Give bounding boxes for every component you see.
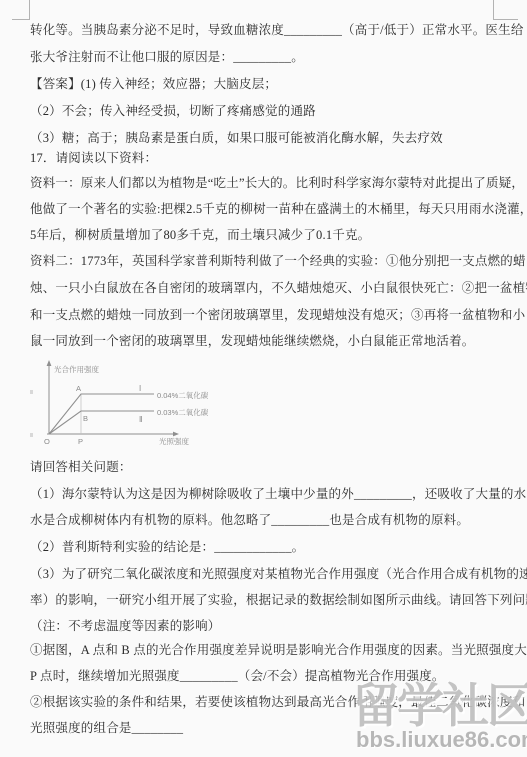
y-axis-arrow-icon bbox=[47, 360, 52, 366]
x-axis-arrow-icon bbox=[173, 432, 179, 437]
text-line: （3）为了研究二氧化碳浓度和光照强度对某植物光合作用强度（光合作用合成有机物的速 bbox=[30, 566, 502, 583]
text-line: 鼠一同放到一个密闭的玻璃罩里，发现蜡烛能继续燃烧，小白鼠能正常地活着。 bbox=[30, 333, 502, 350]
text-line: ①据图，A 点和 B 点的光合作用强度差异说明是影响光合作用强度的因素。当光照强… bbox=[30, 642, 502, 659]
text-line: （注：不考虑温度等因素的影响） bbox=[30, 618, 502, 635]
text-line: 17．请阅读以下资料： bbox=[30, 150, 502, 167]
curve-1-annotation: 0.04%二氧化碳 bbox=[157, 390, 209, 400]
watermark-site-url: bbs.liuxue86.com bbox=[356, 727, 527, 753]
text-line: 资料二：1773年，英国科学家普利斯特利做了一个经典的实验：①他分别把一支点燃的… bbox=[30, 253, 502, 270]
point-b-label: B bbox=[83, 414, 88, 423]
text-line: 水是合成柳树体内有机物的原料。他忽略了_________也是合成有机物的原料。 bbox=[30, 512, 502, 529]
text-line: （1）海尔蒙特认为这是因为柳树除吸收了土壤中少量的外_________，还吸收了… bbox=[30, 486, 502, 503]
text-line: （3）糖；高于；胰岛素是蛋白质，如果口服可能被消化酶水解，失去疗效 bbox=[30, 130, 502, 147]
curve-2-annotation: 0.03%二氧化碳 bbox=[157, 407, 209, 417]
watermark-site-name: 留学社区 bbox=[352, 681, 527, 731]
text-line: 转化等。当胰岛素分泌不足时，导致血糖浓度_________（高于/低于）正常水平… bbox=[30, 22, 502, 39]
point-a-label: A bbox=[76, 384, 81, 393]
x-axis-label: 光照强度 bbox=[159, 436, 189, 446]
page-margin-mark-top-right bbox=[493, 0, 518, 20]
text-line: 【答案】(1) 传入神经；效应器；大脑皮层； bbox=[30, 76, 502, 93]
text-line: 和一支点燃的蜡烛一同放到一个密闭玻璃罩里，发现蜡烛没有熄灭；③再将一盆植物和小白 bbox=[30, 307, 502, 324]
y-axis-label: 光合作用强度 bbox=[54, 364, 99, 374]
text-line: 张大爷注射而不让他口服的原因是：_________。 bbox=[30, 49, 502, 66]
text-line: 5年后，柳树质量增加了80多千克，而土壤只减少了0.1千克。 bbox=[30, 227, 502, 244]
photosynthesis-chart: 光合作用强度 A B Ⅰ Ⅱ 0.04%二氧化碳 0.03%二氧化碳 O P 光… bbox=[33, 360, 233, 455]
text-line: 资料一：原来人们都以为植物是“吃土”长大的。比利时科学家海尔蒙特对此提出了质疑， bbox=[30, 175, 502, 192]
curve-1-roman-label: Ⅰ bbox=[139, 384, 141, 393]
text-line: （2）不会；传入神经受损，切断了疼痛感觉的通路 bbox=[30, 103, 502, 120]
text-line: （2）普利斯特利实验的结论是：____________。 bbox=[30, 539, 502, 556]
curve-2-roman-label: Ⅱ bbox=[139, 415, 143, 424]
curve-1 bbox=[49, 394, 154, 434]
p-point-label: P bbox=[78, 437, 83, 446]
text-line: 他做了一个著名的实验:把棵2.5千克的柳树一苗种在盛满土的木桶里，每天只用雨水浇… bbox=[30, 201, 502, 218]
origin-label: O bbox=[44, 437, 50, 446]
page-margin-mark-top-left bbox=[12, 0, 30, 20]
text-line: 请回答相关问题： bbox=[30, 459, 502, 476]
text-line: 烛、一只小白鼠放在各自密闭的玻璃罩内，不久蜡烛熄灭、小白鼠很快死亡：②把一盆植物 bbox=[30, 280, 502, 297]
text-line: 率）的影响，一研究小组开展了实验，根据记录的数据绘制如图所示曲线。请回答下列问题… bbox=[30, 592, 502, 609]
